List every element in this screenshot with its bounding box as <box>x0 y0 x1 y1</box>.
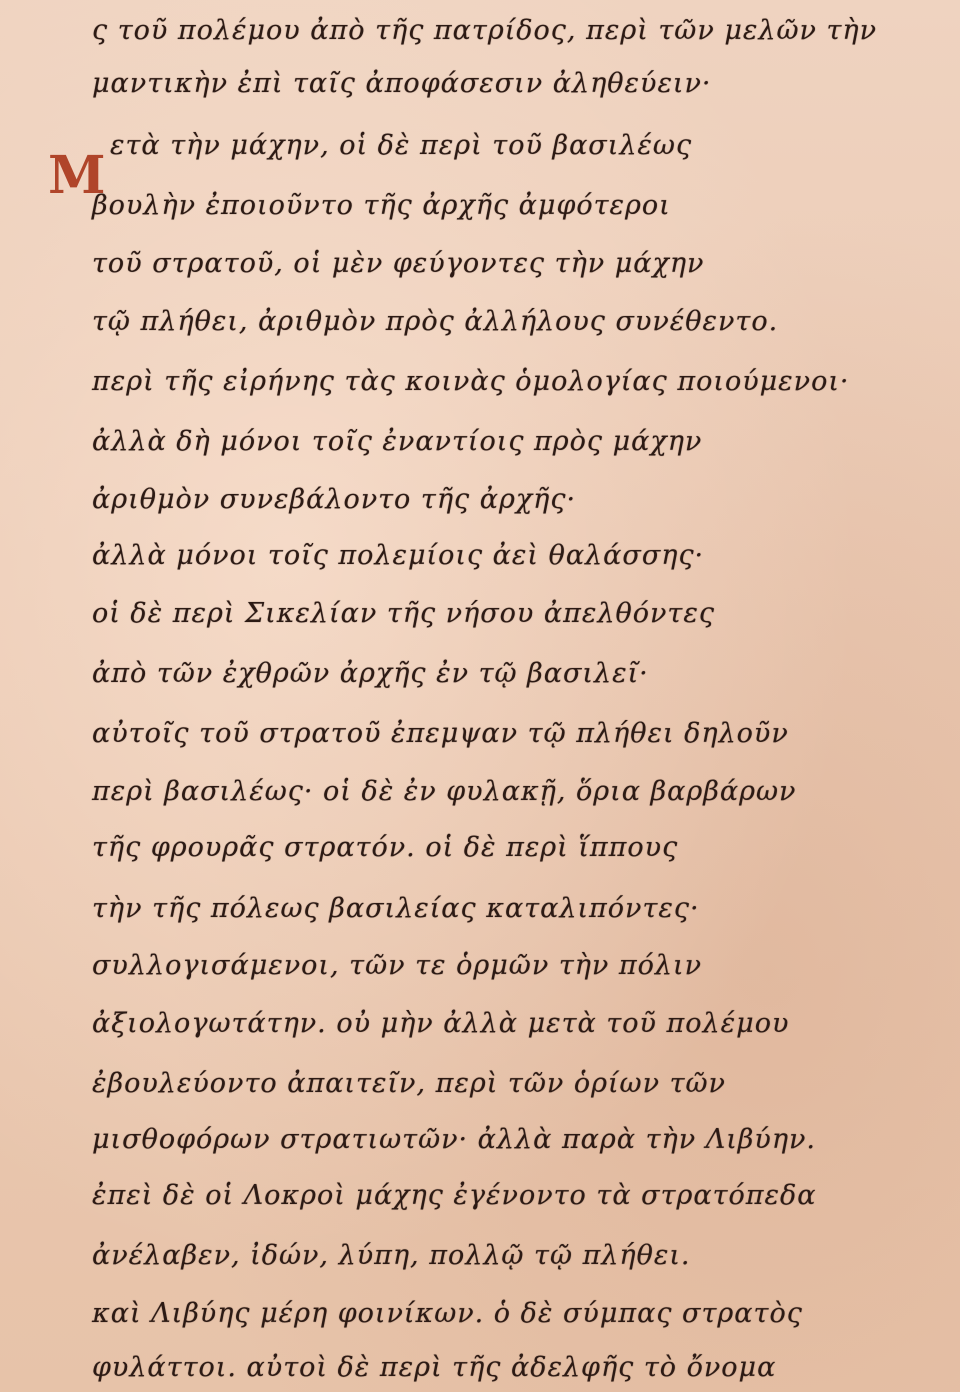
text-line: ἀριθμὸν συνεβάλοντο τῆς ἀρχῆς· <box>92 484 576 515</box>
text-line: καὶ Λιβύης μέρη φοινίκων. ὁ δὲ σύμπας στ… <box>92 1298 803 1329</box>
text-line: μαντικὴν ἐπὶ ταῖς ἀποφάσεσιν ἀληθεύειν· <box>92 68 712 99</box>
text-line: τοῦ στρατοῦ, οἱ μὲν φεύγοντες τὴν μάχην <box>92 248 704 279</box>
text-line: ς τοῦ πολέμου ἀπὸ τῆς πατρίδος, περὶ τῶν… <box>92 15 877 46</box>
text-line: ἀνέλαβεν, ἰδών, λύπη, πολλῷ τῷ πλήθει. <box>92 1240 691 1271</box>
text-line: φυλάττοι. αὐτοὶ δὲ περὶ τῆς ἀδελφῆς τὸ ὄ… <box>92 1352 776 1383</box>
text-line: τῷ πλήθει, ἀριθμὸν πρὸς ἀλλήλους συνέθεν… <box>92 306 778 337</box>
text-line: ἀπὸ τῶν ἐχθρῶν ἀρχῆς ἐν τῷ βασιλεῖ· <box>92 658 649 689</box>
manuscript-page: M ς τοῦ πολέμου ἀπὸ τῆς πατρίδος, περὶ τ… <box>0 0 960 1392</box>
text-line: αὐτοῖς τοῦ στρατοῦ ἐπεμψαν τῷ πλήθει δηλ… <box>92 718 789 749</box>
text-line: περὶ βασιλέως· οἱ δὲ ἐν φυλακῇ, ὅρια βαρ… <box>92 776 796 807</box>
text-line: ἀλλὰ μόνοι τοῖς πολεμίοις ἀεὶ θαλάσσης· <box>92 540 704 571</box>
text-line: βουλὴν ἐποιοῦντο τῆς ἀρχῆς ἀμφότεροι <box>92 190 671 221</box>
text-line: οἱ δὲ περὶ Σικελίαν τῆς νήσου ἀπελθόντες <box>92 598 715 629</box>
text-line: τῆς φρουρᾶς στρατόν. οἱ δὲ περὶ ἵππους <box>92 832 678 863</box>
text-line: τὴν τῆς πόλεως βασιλείας καταλιπόντες· <box>92 893 700 924</box>
text-line: συλλογισάμενοι, τῶν τε ὁρμῶν τὴν πόλιν <box>92 950 702 981</box>
text-line: ετὰ τὴν μάχην, οἱ δὲ περὶ τοῦ βασιλέως <box>110 130 692 161</box>
text-line: ἐπεὶ δὲ οἱ Λοκροὶ μάχης ἐγένοντο τὰ στρα… <box>92 1180 817 1211</box>
text-line: περὶ τῆς εἰρήνης τὰς κοινὰς ὁμολογίας πο… <box>92 366 850 397</box>
text-line: ἀλλὰ δὴ μόνοι τοῖς ἐναντίοις πρὸς μάχην <box>92 426 702 457</box>
text-line: μισθοφόρων στρατιωτῶν· ἀλλὰ παρὰ τὴν Λιβ… <box>92 1124 816 1155</box>
text-line: ἀξιολογωτάτην. οὐ μὴν ἀλλὰ μετὰ τοῦ πολέ… <box>92 1008 789 1039</box>
text-line: ἐβουλεύοντο ἀπαιτεῖν, περὶ τῶν ὁρίων τῶν <box>92 1068 726 1099</box>
